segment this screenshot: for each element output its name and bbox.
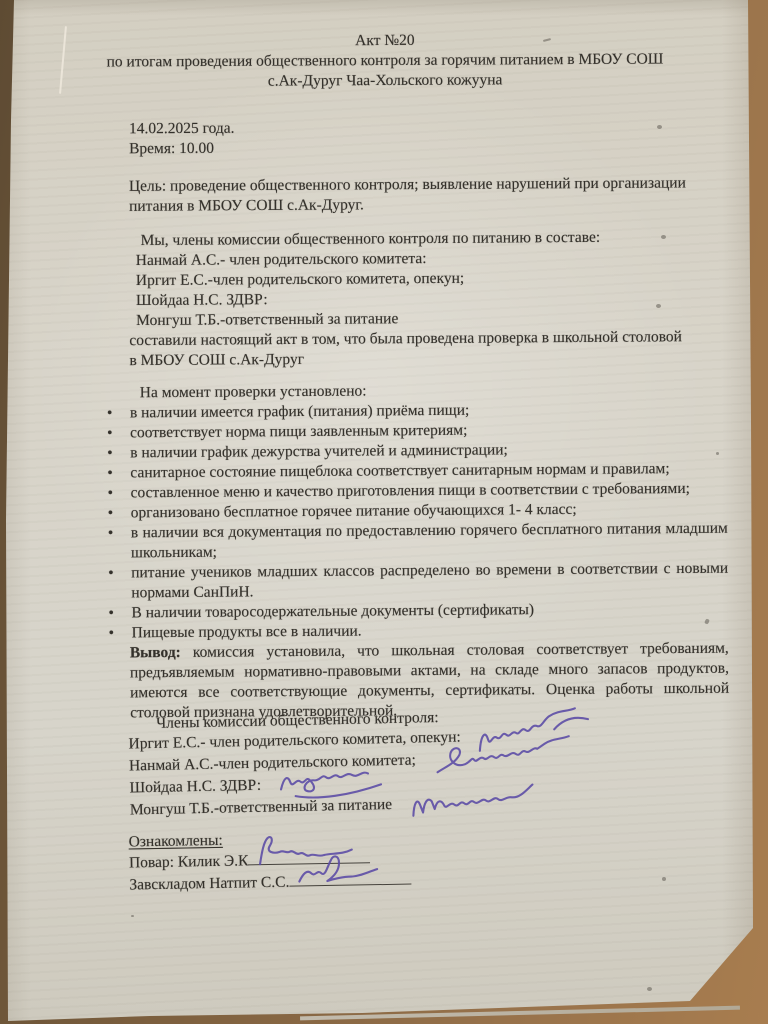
act-statement: составили настоящий акт в том, что была … <box>129 327 732 351</box>
finding-item: в наличии вся документация по предоставл… <box>131 519 728 564</box>
date-time-block: 14.02.2025 года. Время: 10.00 <box>129 119 235 160</box>
acknowledged-section: Ознакомлены: Повар: Килик Э.К Завскладом… <box>128 828 411 897</box>
date-line: 14.02.2025 года. <box>129 119 235 140</box>
signatures-section: Члены комиссии общественного контроля: И… <box>128 702 750 823</box>
signer-label: Шойдаа Н.С. ЗДВР: <box>129 777 261 797</box>
signer-label: Монгуш Т.Б.-ответственный за питание <box>130 796 393 818</box>
purpose-line: питания в МБОУ СОШ с.Ак-Дуруг. <box>129 193 730 217</box>
acknowledged-row: Завскладом Натпит С.С. <box>129 870 411 897</box>
purpose-line: Цель: проведение общественного контроля;… <box>129 173 730 197</box>
findings-list: в наличии имеется график (питания) приём… <box>128 399 729 644</box>
title-location: с.Ак-Дуруг Чаа-Хольского кожууна <box>40 69 730 93</box>
commission-section: Мы, члены комиссии общественного контрол… <box>129 227 733 371</box>
title-subject: по итогам проведения общественного контр… <box>40 49 730 73</box>
acknowledged-label: Завскладом Натпит С.С. <box>129 874 289 894</box>
findings-section: На момент проверки установлено: в наличи… <box>128 379 730 724</box>
time-line: Время: 10.00 <box>129 139 235 160</box>
finding-item: питание учеников младших классов распред… <box>131 559 728 604</box>
act-statement: в МБОУ СОШ с.Ак-Дуруг <box>129 347 732 371</box>
photo-of-document: { "doc": { "title": { "line1": "Акт №20"… <box>0 0 768 1024</box>
document-title: Акт №20 по итогам проведения общественно… <box>40 29 730 93</box>
conclusion-label: Вывод: <box>130 644 181 661</box>
acknowledged-label: Повар: Килик Э.К <box>129 852 249 871</box>
document-content: Акт №20 по итогам проведения общественно… <box>0 0 768 1024</box>
signature-natpit <box>293 852 382 892</box>
purpose-paragraph: Цель: проведение общественного контроля;… <box>129 173 730 217</box>
signature-underline <box>289 870 411 887</box>
